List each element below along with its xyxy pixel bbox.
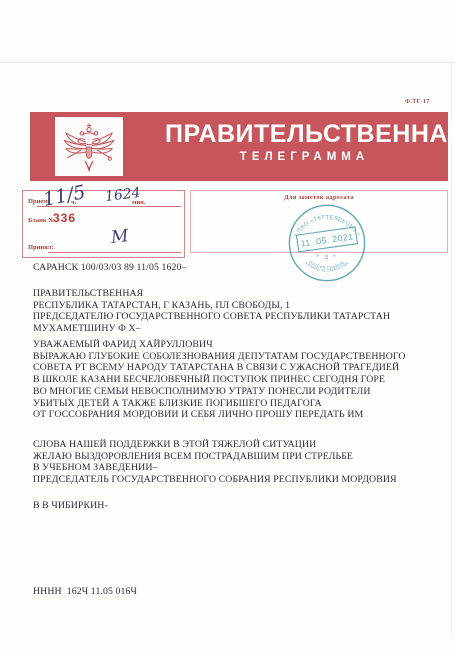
signature-line: В В ЧИБИРКИН- — [33, 500, 108, 512]
postal-stamp: * ПАО «ТАТТЕЛЕКОМ» * РОССИЯ Г КАЗАНЬ КАЗ… — [287, 202, 367, 284]
service-footer-line: НННН 162Ч 11.05 016Ч — [33, 586, 137, 598]
banner-title: ПРАВИТЕЛЬСТВЕННАЯ — [165, 121, 444, 147]
stamp-date-box: 11 .05. 2021 — [296, 227, 357, 252]
stamp-center-mark: * З * — [317, 254, 337, 261]
page-edge-line — [0, 62, 455, 63]
blank-label: Бланк № — [28, 217, 55, 224]
prinyal-signature-handwriting: М — [110, 226, 129, 248]
blank-number: 336 — [53, 211, 76, 225]
banner-subtitle: ТЕЛЕГРАММА — [165, 151, 444, 163]
address-block: ПРАВИТЕЛЬСТВЕННАЯ РЕСПУБЛИКА ТАТАРСТАН, … — [33, 288, 390, 335]
telegram-scan-page: Ф.ТГ-17 — [0, 0, 455, 650]
notes-box-label: Для заметок адресата — [191, 194, 447, 201]
body-paragraph-1: УВАЖАЕМЫЙ ФАРИД ХАЙРУЛЛОВИЧ ВЫРАЖАЮ ГЛУБ… — [33, 339, 406, 421]
coat-of-arms-box — [55, 117, 123, 176]
page-edge-line-right — [451, 62, 452, 637]
routing-line: САРАНСК 100/03/03 89 11/05 1620– — [33, 262, 187, 274]
prinyal-rule — [48, 252, 181, 253]
body-paragraph-2: СЛОВА НАШЕЙ ПОДДЕРЖКИ В ЭТОЙ ТЯЖЕЛОЙ СИТ… — [33, 439, 397, 486]
banner: ПРАВИТЕЛЬСТВЕННАЯ ТЕЛЕГРАММА — [30, 112, 448, 181]
form-code-label: Ф.ТГ-17 — [405, 99, 430, 105]
double-headed-eagle-icon — [60, 121, 118, 173]
banner-text: ПРАВИТЕЛЬСТВЕННАЯ ТЕЛЕГРАММА — [165, 121, 444, 163]
prinyal-label: Принял: — [28, 244, 54, 251]
reception-box: Прием: ч. мин. 11/5 1624 Бланк № 336 При… — [22, 190, 185, 258]
